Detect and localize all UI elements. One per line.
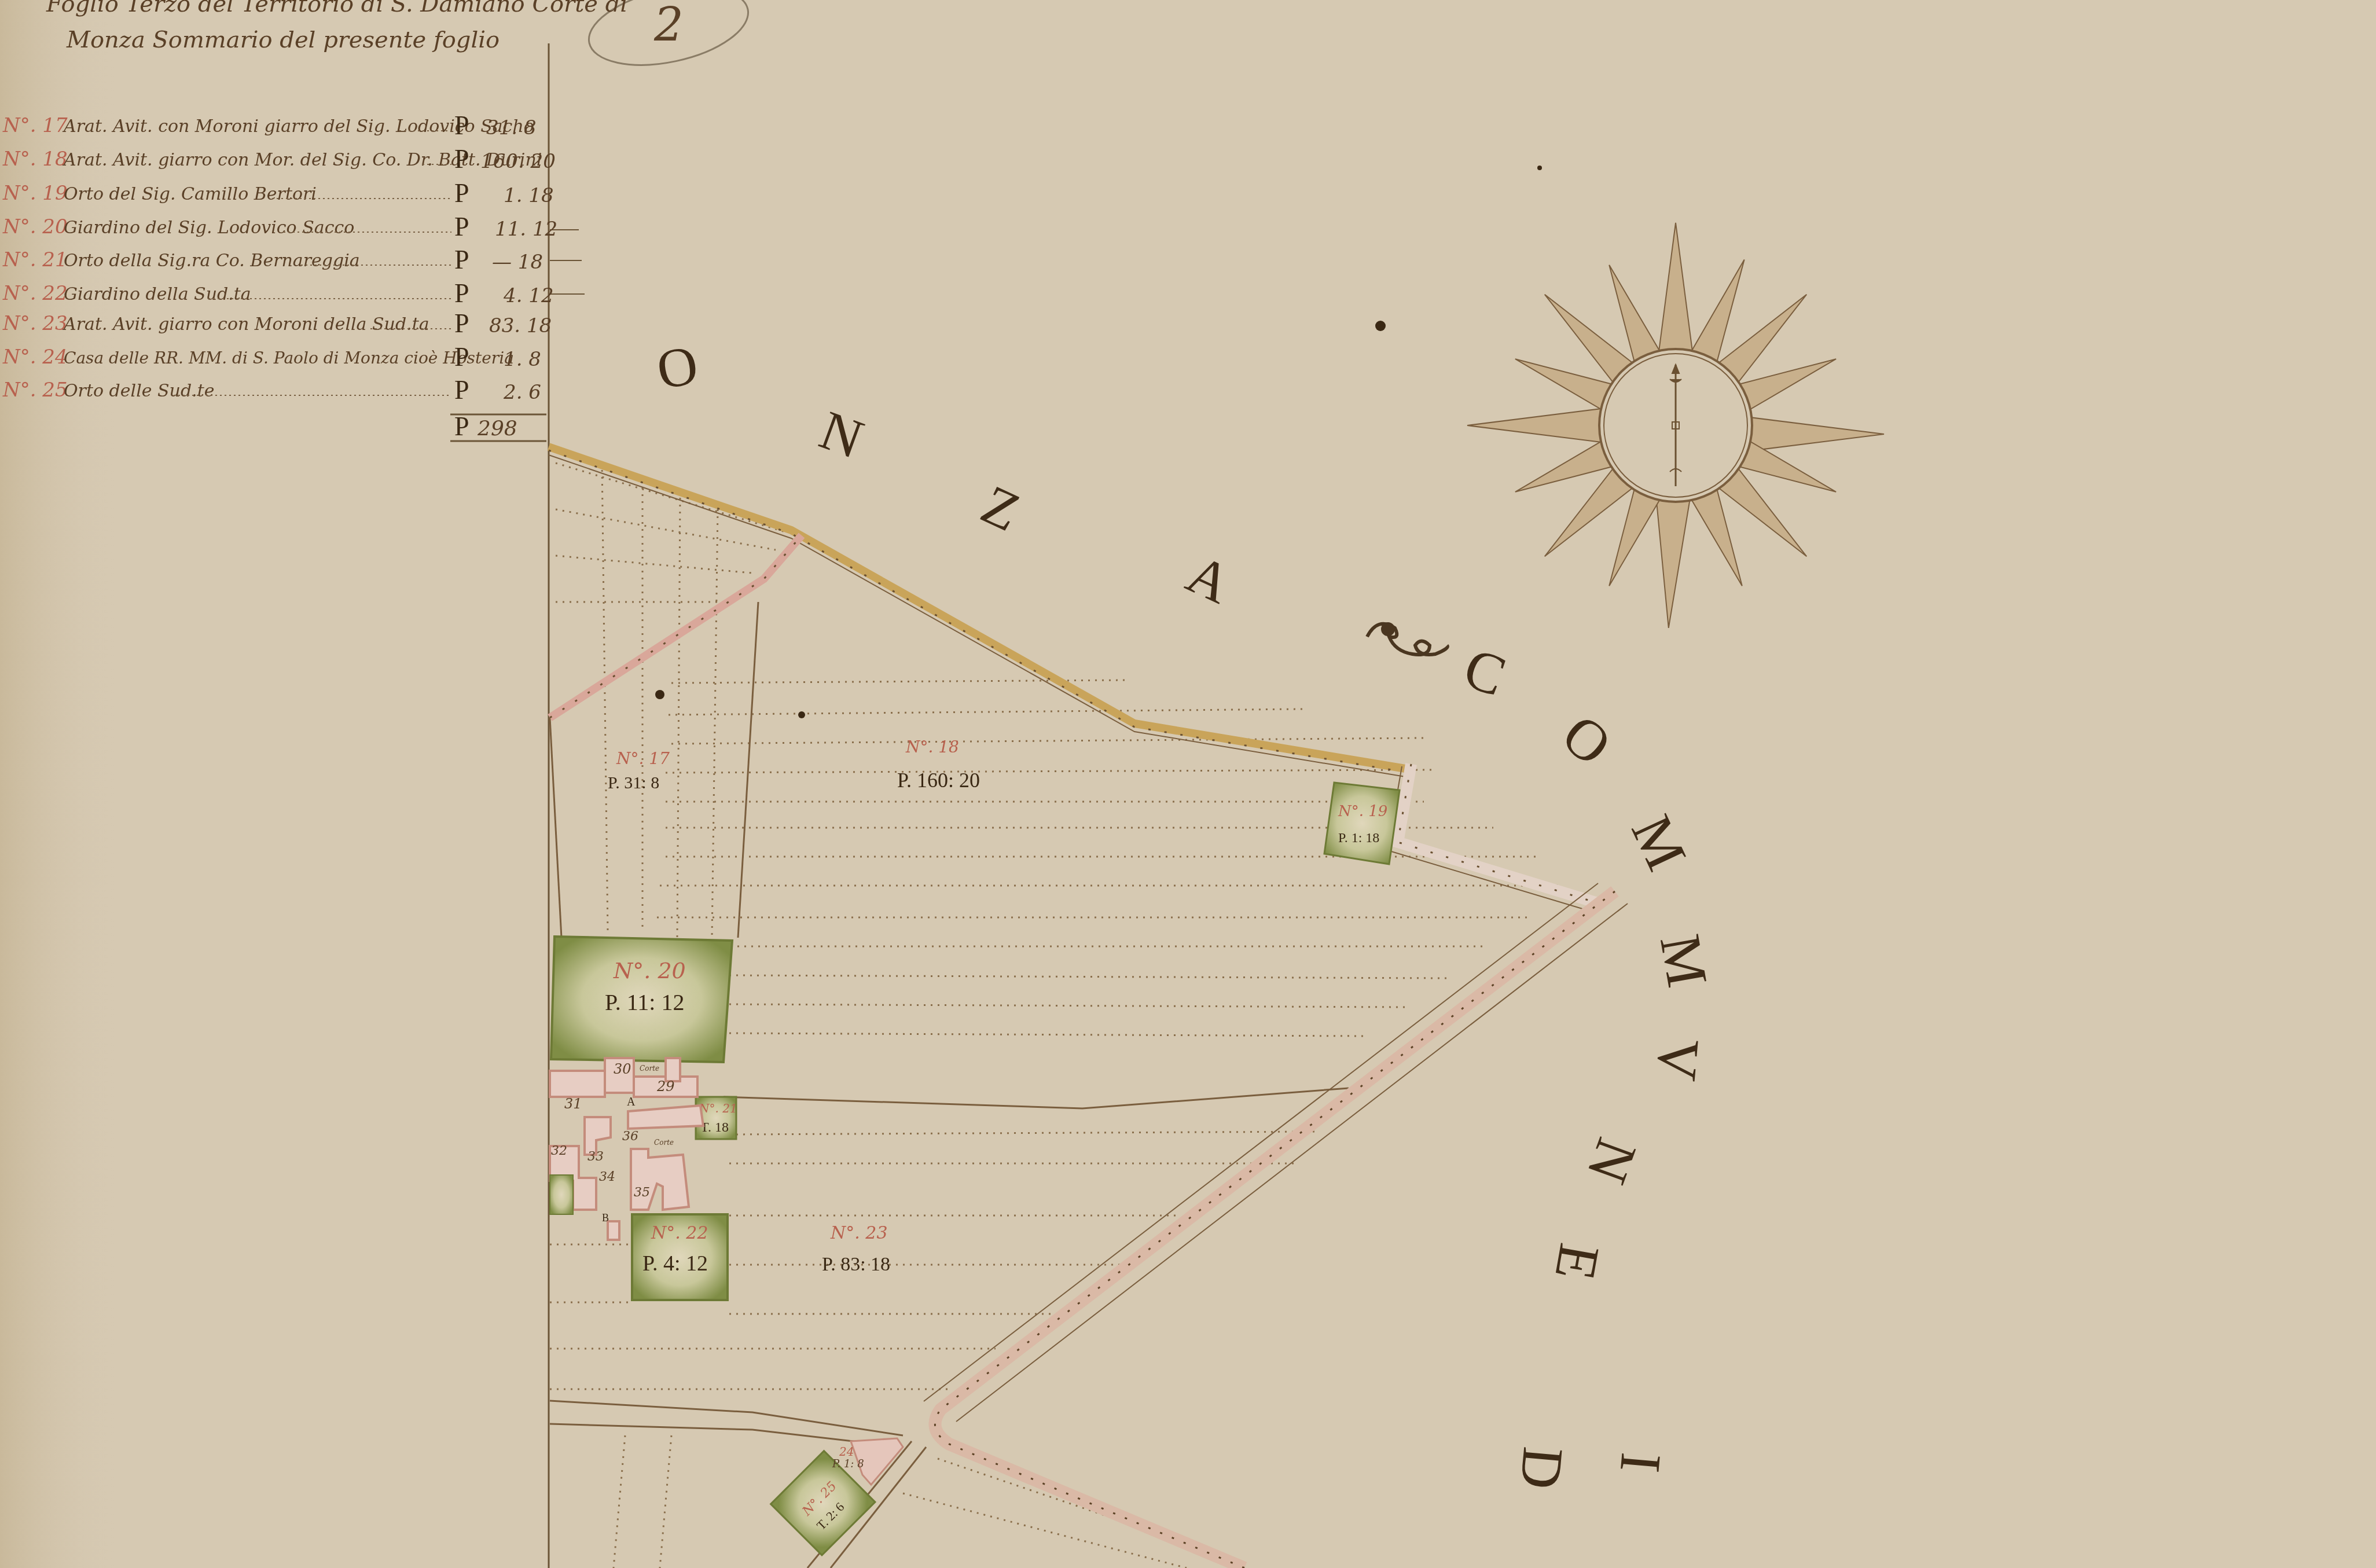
svg-text:— 18: — 18	[492, 251, 543, 274]
svg-text:Orto delle Sud.te: Orto delle Sud.te	[64, 381, 214, 401]
svg-text:P: P	[454, 342, 469, 372]
svg-text:2. 6: 2. 6	[503, 381, 541, 404]
svg-text:P. 160: 20: P. 160: 20	[897, 769, 980, 792]
svg-text:Corte: Corte	[640, 1064, 659, 1073]
svg-text:P. 11: 12: P. 11: 12	[605, 989, 684, 1015]
svg-text:P: P	[454, 309, 469, 338]
svg-text:P: P	[454, 178, 469, 208]
header-title-line1: Foglio Terzo del Territorio di S. Damian…	[46, 0, 627, 17]
svg-text:29: 29	[656, 1078, 675, 1095]
svg-text:30: 30	[614, 1061, 631, 1077]
svg-text:Giardino del Sig. Lodovico Sac: Giardino del Sig. Lodovico Sacco	[64, 218, 354, 238]
svg-text:N°. 17: N°. 17	[616, 749, 670, 768]
svg-text:P: P	[454, 212, 469, 241]
svg-text:11. 12: 11. 12	[495, 218, 557, 241]
svg-text:Casa delle RR. MM. di S. Paolo: Casa delle RR. MM. di S. Paolo di Monza …	[64, 348, 514, 368]
svg-text:N°. 17: N°. 17	[2, 114, 68, 137]
cadastral-map: 2 Foglio Terzo del Territorio di S. Dami…	[0, 0, 2376, 1568]
svg-text:P: P	[454, 144, 469, 174]
map-sheet: 2 Foglio Terzo del Territorio di S. Dami…	[0, 0, 2376, 1568]
svg-text:P. 1: 8: P. 1: 8	[832, 1458, 864, 1470]
svg-text:160. 20: 160. 20	[480, 150, 556, 173]
svg-text:Orto del Sig. Camillo Bertori: Orto del Sig. Camillo Bertori	[64, 184, 317, 204]
svg-text:M: M	[1648, 930, 1720, 992]
paper-edge-shade	[0, 0, 2376, 1568]
svg-text:33: 33	[587, 1150, 604, 1164]
svg-text:P: P	[454, 412, 469, 441]
svg-text:N°. 25: N°. 25	[2, 379, 68, 402]
svg-text:Corte: Corte	[654, 1139, 674, 1147]
svg-text:B: B	[602, 1212, 609, 1224]
svg-text:4. 12: 4. 12	[503, 284, 554, 307]
svg-text:Arat. Avit. giarro con Moroni: Arat. Avit. giarro con Moroni della Sud.…	[62, 314, 429, 335]
svg-text:N°. 22: N°. 22	[2, 282, 68, 305]
svg-text:N°. 24: N°. 24	[2, 346, 68, 369]
svg-text:P. 1: 18: P. 1: 18	[1338, 831, 1379, 846]
village-green-plot	[550, 1175, 573, 1214]
svg-text:31. 8: 31. 8	[486, 116, 537, 139]
parcel-19: N°. 19 P. 1: 18	[1324, 783, 1400, 864]
svg-text:298: 298	[477, 417, 517, 440]
sheet-number: 2	[653, 0, 684, 52]
svg-text:N°. 21: N°. 21	[2, 248, 68, 271]
svg-text:V: V	[1644, 1036, 1712, 1084]
header-title-line2: Monza Sommario del presente foglio	[66, 27, 500, 53]
svg-text:N°. 21: N°. 21	[699, 1101, 737, 1115]
parcel-22: N°. 22 P. 4: 12	[632, 1214, 728, 1300]
svg-text:1. 8: 1. 8	[504, 348, 541, 371]
svg-text:A: A	[627, 1096, 636, 1108]
svg-text:P. 83: 18: P. 83: 18	[822, 1254, 890, 1275]
svg-text:N°. 20: N°. 20	[2, 215, 68, 238]
svg-text:24: 24	[839, 1445, 854, 1459]
svg-text:31: 31	[564, 1096, 582, 1112]
svg-text:Orto della Sig.ra Co. Bernareg: Orto della Sig.ra Co. Bernareggia	[64, 251, 360, 271]
parcel-20: N°. 20 P. 11: 12	[551, 937, 732, 1062]
svg-text:N°. 20: N°. 20	[613, 958, 686, 983]
svg-text:36: 36	[622, 1129, 638, 1144]
svg-text:T. 18: T. 18	[700, 1120, 729, 1135]
svg-text:P. 31: 8: P. 31: 8	[608, 773, 659, 792]
svg-text:P: P	[454, 375, 469, 405]
svg-text:32: 32	[551, 1144, 567, 1158]
svg-text:N°. 23: N°. 23	[2, 312, 68, 335]
svg-text:N°. 23: N°. 23	[830, 1223, 888, 1243]
svg-text:N°. 18: N°. 18	[2, 148, 68, 171]
svg-text:P: P	[454, 245, 469, 274]
svg-text:D: D	[1508, 1445, 1576, 1492]
svg-text:35: 35	[634, 1185, 650, 1200]
svg-text:34: 34	[599, 1170, 615, 1184]
svg-text:N°. 19: N°. 19	[2, 182, 68, 205]
svg-text:Arat. Avit. giarro con Mor. de: Arat. Avit. giarro con Mor. del Sig. Co.…	[62, 150, 542, 170]
svg-text:1. 18: 1. 18	[504, 184, 554, 207]
svg-text:P. 4: 12: P. 4: 12	[642, 1251, 708, 1276]
svg-text:Giardino della Sud.ta: Giardino della Sud.ta	[64, 284, 251, 304]
svg-text:N°. 22: N°. 22	[651, 1223, 708, 1243]
svg-text:N°. 18: N°. 18	[905, 737, 959, 757]
svg-text:P: P	[454, 278, 469, 308]
svg-text:N°. 19: N°. 19	[1338, 803, 1387, 820]
svg-text:83. 18: 83. 18	[489, 314, 552, 337]
svg-text:P: P	[454, 111, 469, 140]
